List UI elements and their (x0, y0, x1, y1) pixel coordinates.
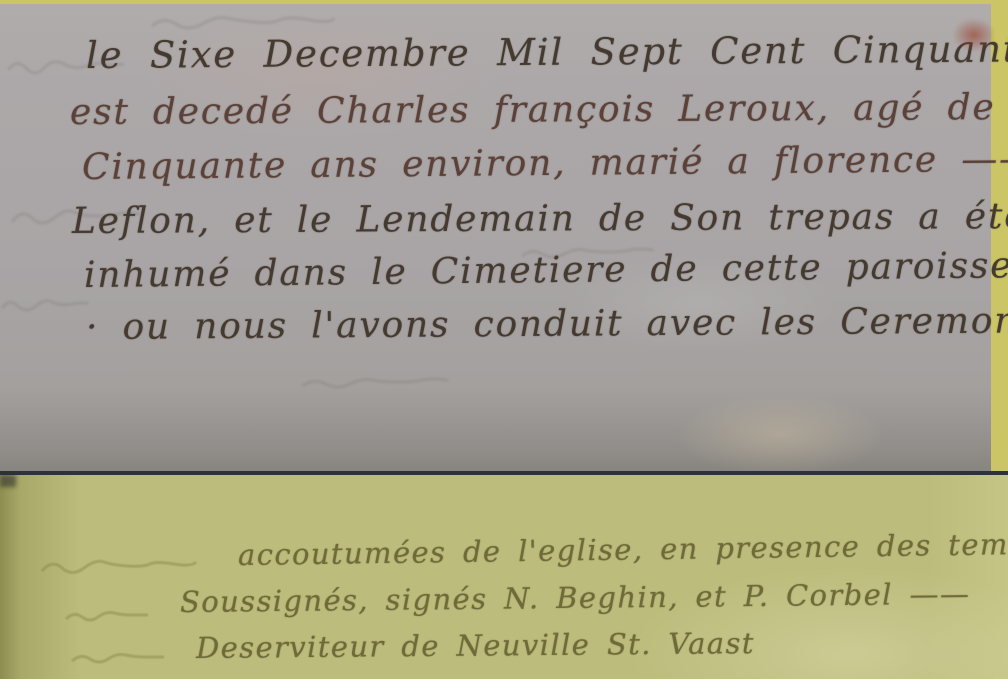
top-paper-surface: le Sixe Decembre Mil Sept Cent Cinquante… (0, 4, 991, 471)
manuscript-line: est decedé Charles françois Leroux, agé … (70, 87, 1008, 133)
ink-bleedthrough-mark (40, 555, 230, 581)
ink-bleedthrough-mark (300, 374, 500, 396)
manuscript-line: Cinquante ans environ, marié a florence … (82, 139, 1008, 188)
manuscript-line: le Sixe Decembre Mil Sept Cent Cinquante… (86, 27, 1008, 77)
manuscript-line: accoutumées de l'eglise, en presence des… (238, 526, 1008, 572)
ink-bleedthrough-mark (64, 607, 154, 629)
manuscript-line: Soussignés, signés N. Beghin, et P. Corb… (180, 577, 971, 619)
manuscript-scan: le Sixe Decembre Mil Sept Cent Cinquante… (0, 0, 1008, 679)
manuscript-line: Deserviteur de Neuville St. Vaast (196, 626, 755, 665)
red-ink-stain (952, 18, 996, 52)
ink-bleedthrough-mark (70, 649, 180, 671)
manuscript-line: inhumé dans le Cimetiere de cette parois… (84, 244, 1008, 296)
manuscript-line: Leflon, et le Lendemain de Son trepas a … (72, 196, 1008, 242)
top-photo-fragment: le Sixe Decembre Mil Sept Cent Cinquante… (0, 0, 1008, 473)
bottom-photo-fragment: accoutumées de l'eglise, en presence des… (0, 475, 1008, 679)
manuscript-line: · ou nous l'avons conduit avec les Cerem… (86, 299, 1008, 348)
